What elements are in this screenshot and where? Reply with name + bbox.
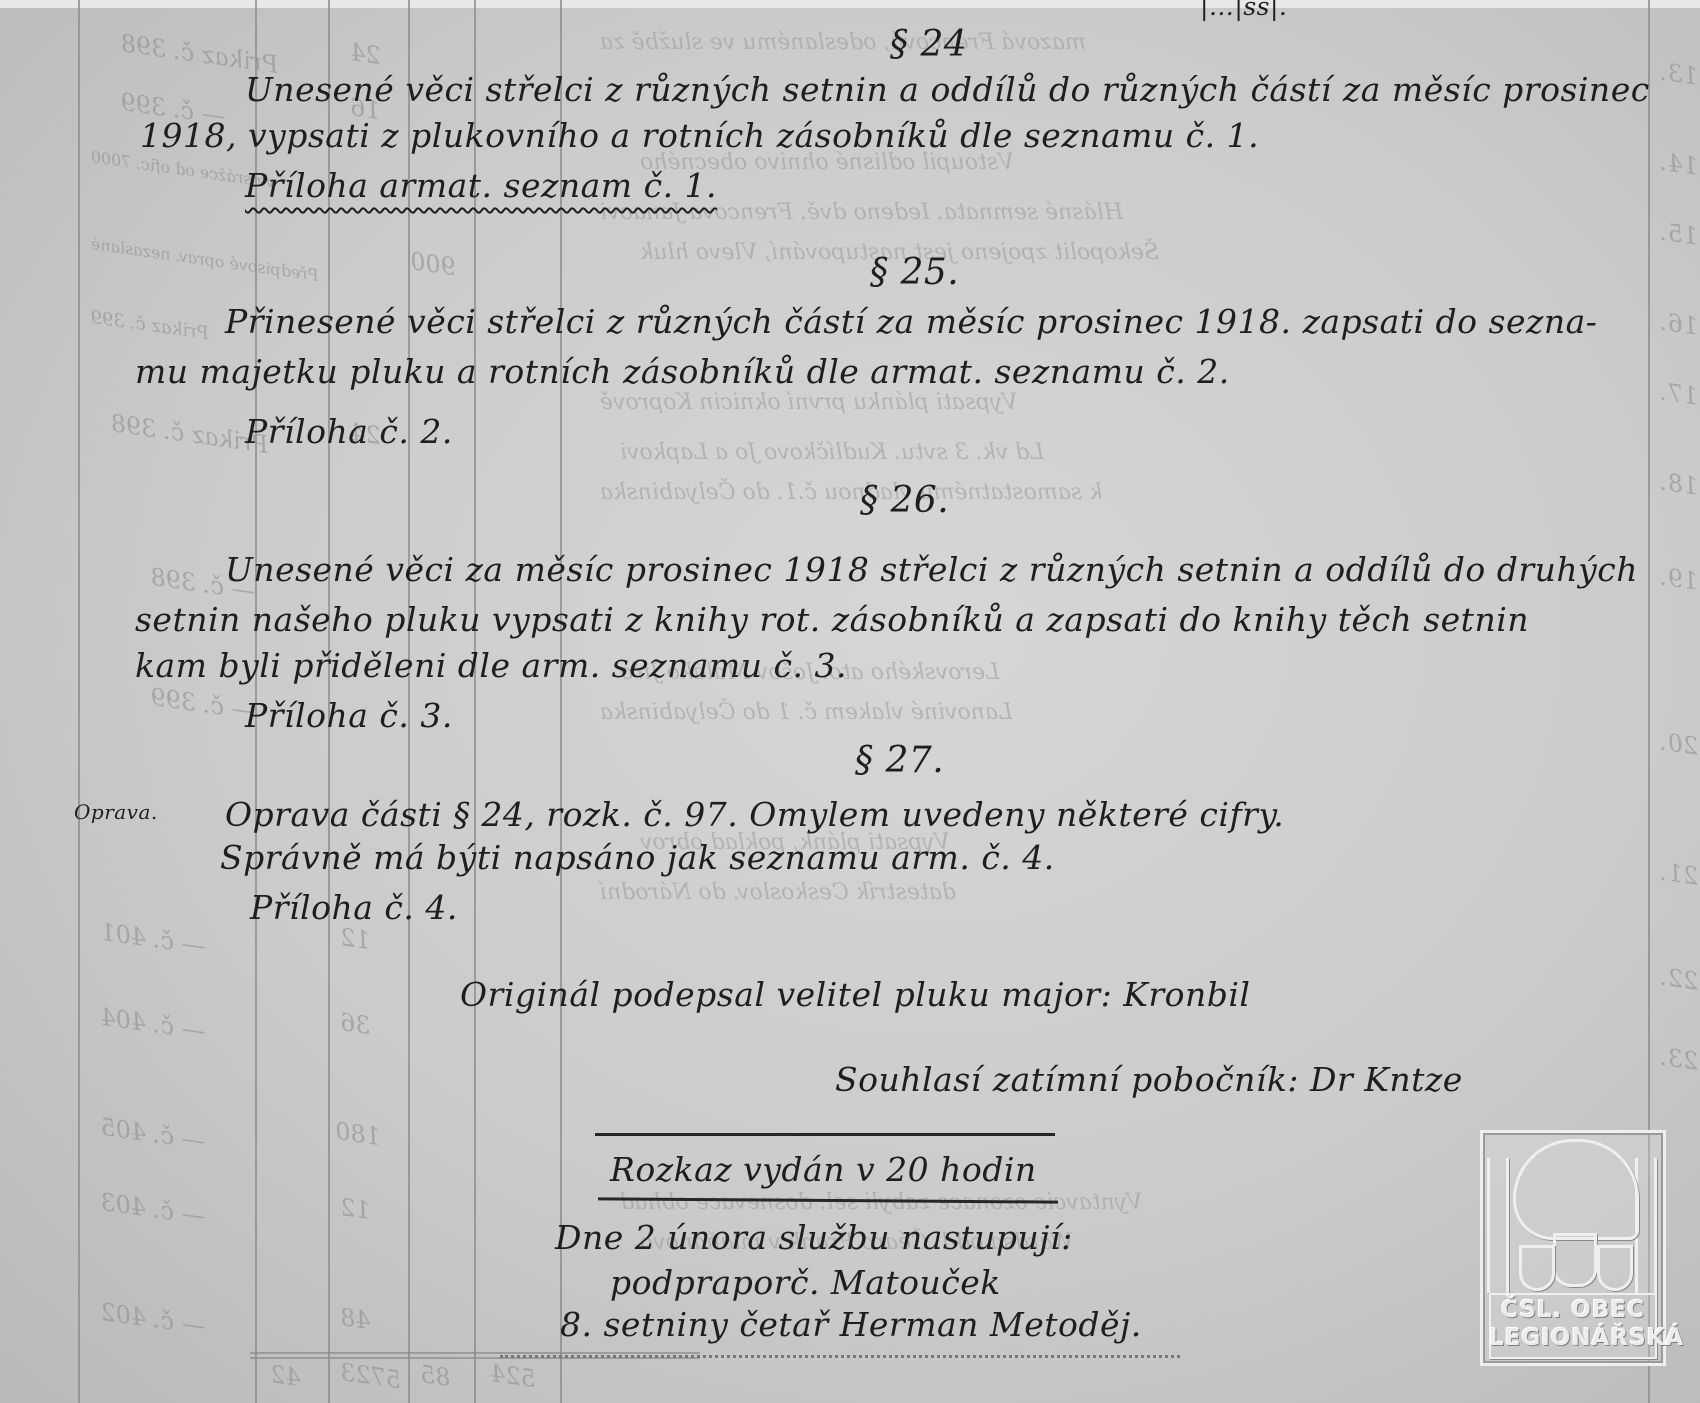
ledger-total-rule — [250, 1352, 700, 1354]
bleed-through-text: Lanoviné vlakem č. 1 do Čelyabinska — [600, 700, 1013, 725]
section-27-attachment: Příloha č. 4. — [250, 888, 458, 927]
signature-rule-top — [595, 1133, 1055, 1136]
section-26-line-3: kam byli přiděleni dle arm. seznamu č. 3… — [135, 646, 847, 685]
section-27-line-2: Správně má býti napsáno jak seznamu arm.… — [220, 838, 1055, 877]
ledger-ref: — č. 401 — [99, 918, 208, 960]
scanned-ledger-page: mazová Frencová, odeslanému ve službě za… — [0, 0, 1700, 1403]
ledger-ref: — č. 402 — [99, 1298, 208, 1340]
ledger-value: 36 — [338, 1008, 372, 1040]
section-25-attachment: Příloha č. 2. — [245, 412, 453, 451]
right-margin-number: 16. — [1658, 307, 1700, 340]
section-26-line-2: setnin našeho pluku vypsati z knihy rot.… — [135, 600, 1529, 639]
dotted-rule — [500, 1355, 1180, 1358]
section-27-line-1: Oprava části § 24, rozk. č. 97. Omylem u… — [225, 795, 1284, 834]
margin-note-oprava: Oprava. — [74, 800, 158, 824]
right-margin-number: 17. — [1658, 377, 1700, 410]
watermark-line-2: LEGIONÁŘSKÁ — [1489, 1325, 1657, 1351]
section-24-line-2: 1918, vypsati z plukovního a rotních zás… — [140, 116, 1259, 155]
section-heading-27: § 27. — [855, 740, 944, 781]
section-24-attachment: Příloha armat. seznam č. 1. — [245, 166, 717, 205]
ledger-value: 900 — [408, 247, 457, 281]
right-margin-number: 20. — [1658, 727, 1700, 760]
section-heading-24: § 24 — [890, 24, 967, 65]
ledger-ref: — č. 405 — [99, 1113, 208, 1155]
section-24-line-1: Unesené věci střelci z různých setnin a … — [245, 70, 1650, 109]
ledger-ref: Prikaz č. 399 — [89, 307, 210, 344]
attachment-label: Příloha armat. seznam č. 1. — [245, 166, 717, 205]
ledger-column-rule — [560, 0, 562, 1403]
watermark-pillar — [1487, 1158, 1509, 1293]
coat-of-arms-shield-icon — [1553, 1233, 1597, 1287]
ledger-column-rule — [78, 0, 80, 1403]
right-margin-number: 18. — [1658, 467, 1700, 500]
section-26-line-1: Unesené věci za měsíc prosinec 1918 stře… — [225, 550, 1638, 589]
legionnaire-helmet-emblem-icon — [1513, 1139, 1639, 1240]
ledger-ref: — č. 399 — [149, 683, 258, 725]
ledger-value: 12 — [338, 1193, 372, 1225]
bleed-through-text: k samostatnému vladnou č.1. do Čelyabins… — [600, 480, 1102, 505]
ledger-value: 48 — [338, 1303, 372, 1335]
ledger-total: 524 — [488, 1359, 537, 1393]
coat-of-arms-shield-icon — [1519, 1245, 1555, 1291]
right-margin-number: 21. — [1658, 857, 1700, 890]
section-26-attachment: Příloha č. 3. — [245, 696, 453, 735]
bleed-through-text: datestrík Ceskoslov. do Národní — [600, 880, 956, 905]
ledger-value: 180 — [333, 1117, 382, 1151]
right-margin-number: 15. — [1658, 217, 1700, 250]
section-25-line-1: Přinesené věci střelci z různých částí z… — [225, 302, 1597, 341]
section-heading-25: § 25. — [870, 252, 959, 293]
original-signed-line: Originál podepsal velitel pluku major: K… — [460, 975, 1250, 1014]
right-margin-number: 13. — [1658, 57, 1700, 90]
ledger-value: 12 — [338, 923, 372, 955]
section-heading-26: § 26. — [860, 480, 949, 521]
bleed-through-text: Vyntavcic ozonace zabyli sel. dosnevace … — [620, 1190, 1142, 1215]
right-margin-number: 14. — [1658, 147, 1700, 180]
ledger-value: 24 — [348, 38, 382, 70]
concurs-signature-line: Souhlasí zatímní pobočník: Dr Kntze — [835, 1060, 1463, 1099]
duty-sergeant: 8. setniny četař Herman Metoděj. — [560, 1305, 1142, 1344]
order-issued-line: Rozkaz vydán v 20 hodin — [610, 1150, 1037, 1189]
ledger-ref: — č. 403 — [99, 1188, 208, 1230]
right-margin-number: 23. — [1658, 1042, 1700, 1075]
bleed-through-text: Vypsati plánku první oknicin Koprově — [600, 390, 1018, 415]
bleed-through-text: mazová Frencová, odeslanému ve službě za — [600, 30, 1086, 55]
duty-officer: podpraporč. Matouček — [610, 1263, 1001, 1302]
ledger-total: 85 — [418, 1360, 452, 1392]
watermark-line-1: ČSL. OBEC — [1489, 1297, 1657, 1323]
top-fragment-text: |…|ss|. — [1200, 0, 1287, 21]
ledger-total: 5723 — [338, 1358, 402, 1394]
ledger-ref: Předpisové oprav. nezaslané — [90, 234, 320, 285]
right-margin-number: 19. — [1658, 562, 1700, 595]
coat-of-arms-shield-icon — [1597, 1245, 1633, 1291]
csl-obec-legionarska-watermark: ČSL. OBEC LEGIONÁŘSKÁ — [1480, 1130, 1666, 1366]
section-25-line-2: mu majetku pluku a rotních zásobníků dle… — [135, 352, 1230, 391]
right-margin-number: 22. — [1658, 962, 1700, 995]
bleed-through-text: Ld vk. 3 svtu. Kudlíčkovo Jo a Lapkovi — [620, 440, 1044, 465]
ledger-ref: — č. 404 — [99, 1003, 208, 1045]
ledger-total: 42 — [268, 1360, 302, 1392]
ledger-column-rule — [474, 0, 476, 1403]
duty-intro: Dne 2 února službu nastupují: — [555, 1218, 1073, 1257]
